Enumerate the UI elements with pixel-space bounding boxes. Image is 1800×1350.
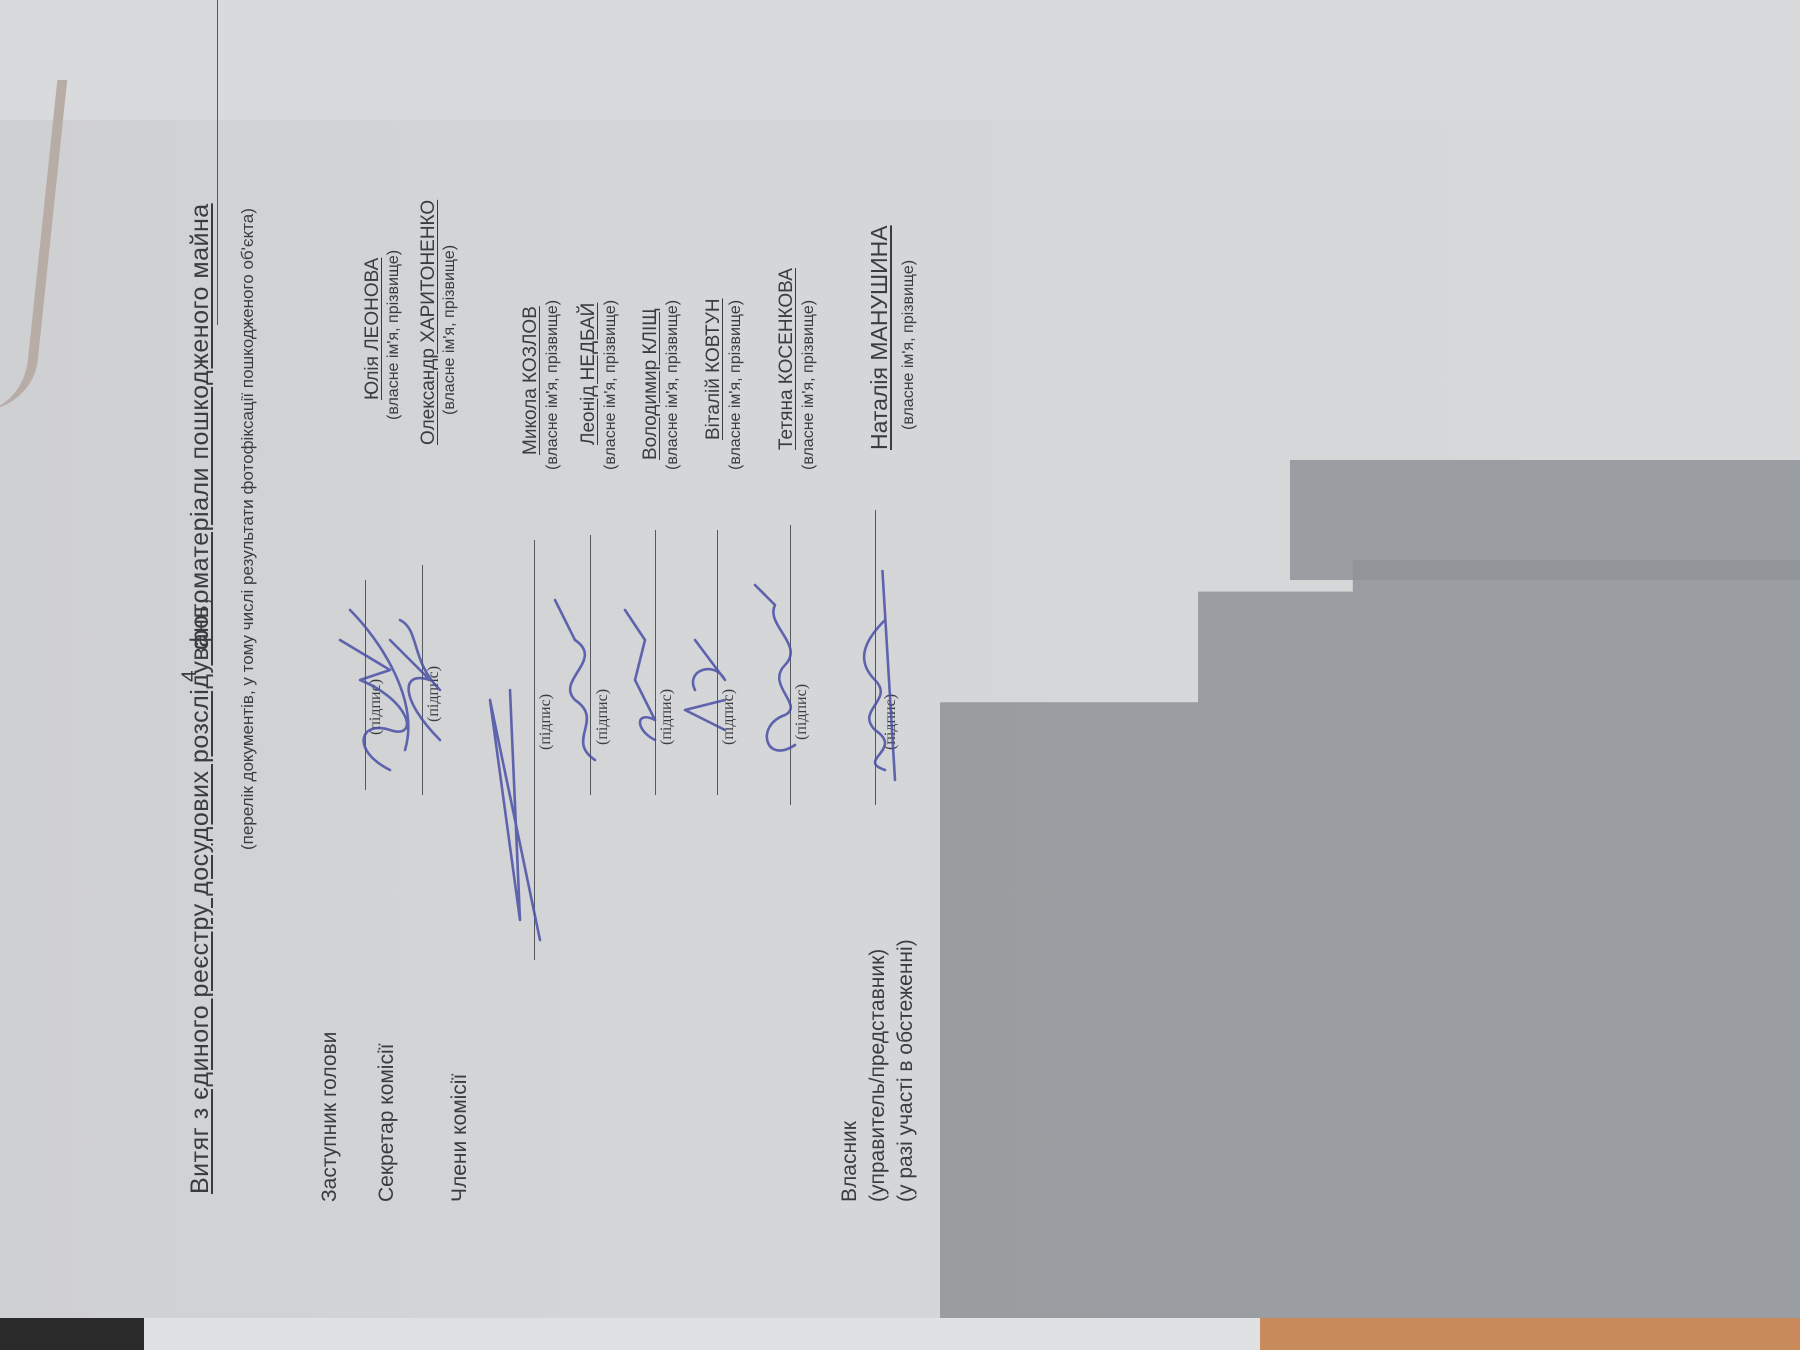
caption-name-member-1: (власне ім'я, прізвище) — [544, 300, 562, 470]
signature-secretary — [380, 600, 460, 760]
name-member-3: Володимир КЛІЩ — [640, 308, 662, 460]
title-fill-line — [217, 0, 218, 325]
signature-owner — [845, 570, 915, 790]
caption-name-secretary: (власне ім'я, прізвище) — [441, 245, 459, 415]
name-member-5: Тетяна КОСЕНКОВА — [776, 268, 798, 450]
name-member-4: Віталій КОВТУН — [703, 298, 725, 440]
label-owner: Власник — [838, 1121, 862, 1202]
signature-member-2 — [545, 580, 625, 780]
name-member-1: Микола КОЗЛОВ — [520, 306, 542, 455]
document-title-part2: фотоматеріали пошкодженого майна — [186, 203, 215, 650]
label-owner-representative: (управитель/представник) — [866, 949, 890, 1202]
photo-background: 4 Витяг з єдиного реєстру досудових розс… — [0, 0, 1800, 1350]
signature-member-3 — [615, 600, 675, 760]
caption-name-member-3: (власне ім'я, прізвище) — [664, 300, 682, 470]
caption-name-member-5: (власне ім'я, прізвище) — [800, 300, 818, 470]
signature-member-5 — [745, 575, 815, 775]
caption-name-member-4: (власне ім'я, прізвище) — [727, 300, 745, 470]
caption-name-deputy-head: (власне ім'я, прізвище) — [385, 250, 403, 420]
name-owner: Наталія МАНУШИНА — [866, 225, 893, 450]
signature-member-4 — [675, 610, 745, 750]
table-edge — [0, 1318, 1800, 1350]
name-member-2: Леонід НЕДБАЙ — [578, 303, 600, 445]
caption-name-member-2: (власне ім'я, прізвище) — [602, 300, 620, 470]
label-members: Члени комісії — [448, 1074, 472, 1202]
name-secretary: Олександр ХАРИТОНЕНКО — [418, 200, 440, 445]
document-title-part1: Витяг з єдиного реєстру досудових розслі… — [186, 597, 215, 1194]
label-owner-participation: (у разі участі в обстеженні) — [894, 939, 918, 1202]
label-secretary: Секретар комісії — [375, 1044, 399, 1202]
name-deputy-head: Юлія ЛЕОНОВА — [362, 258, 384, 400]
document-title-note: (перелік документів, у тому числі резуль… — [238, 208, 258, 850]
caption-name-owner: (власне ім'я, прізвище) — [900, 260, 918, 430]
hand-shadow-finger — [1290, 460, 1800, 580]
label-deputy-head: Заступник голови — [318, 1032, 342, 1202]
